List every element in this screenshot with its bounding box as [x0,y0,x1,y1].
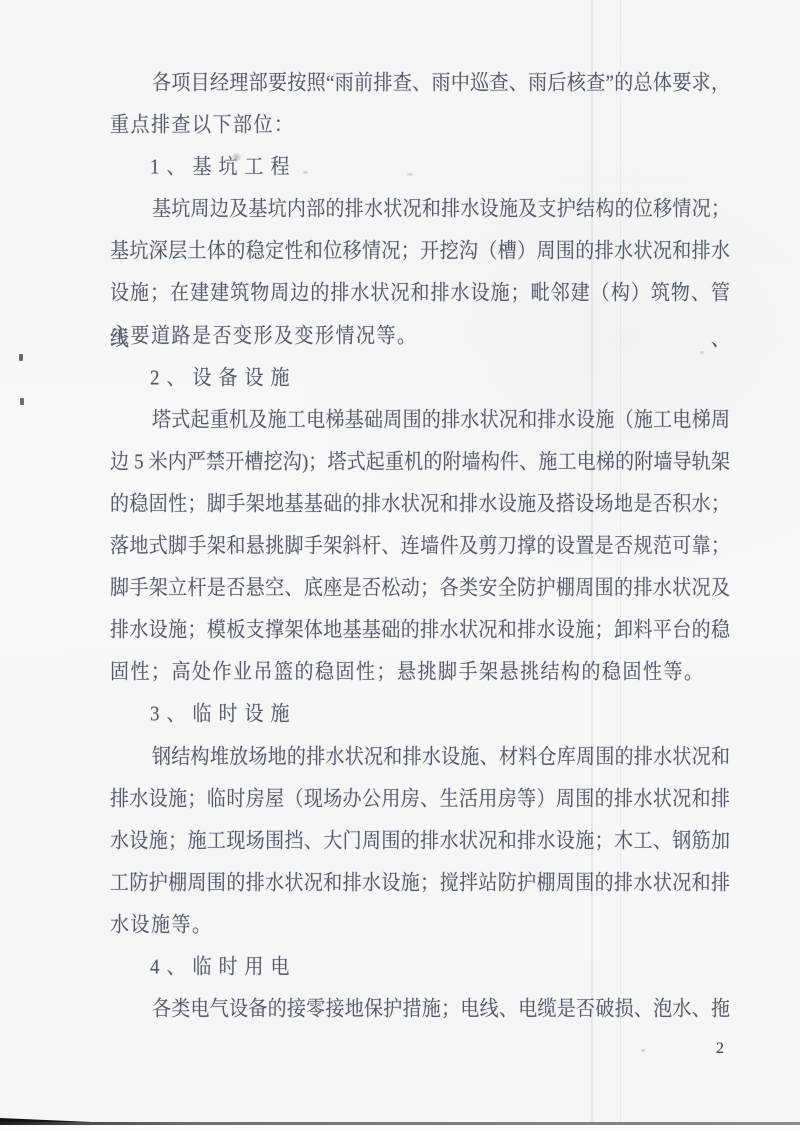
text-line: 各项目经理部要按照“雨前排查、雨中巡查、雨后核查”的总体要求， [110,61,730,107]
text-line: 主要道路是否变形及变形情况等。 [110,313,730,359]
text-line: 2、设备设施 [110,356,730,402]
text-line: 水设施等。 [110,903,730,949]
text-line: 的稳固性；脚手架地基基础的排水状况和排水设施及搭设场地是否积水； [110,482,730,528]
text-line: 3、临时设施 [110,692,730,738]
scanned-document-page: 各项目经理部要按照“雨前排查、雨中巡查、雨后核查”的总体要求，重点排查以下部位：… [0,0,800,1131]
binding-mark [19,354,23,361]
text-line: 落地式脚手架和悬挑脚手架斜杆、连墙件及剪刀撑的设置是否规范可靠； [110,524,730,570]
text-line: 4、临时用电 [110,945,730,991]
text-line: 边 5 米内严禁开槽挖沟)；塔式起重机的附墙构件、施工电梯的附墙导轨架 [110,440,730,486]
text-line: 1、基坑工程 [110,145,730,191]
text-line: 重点排查以下部位： [110,103,730,149]
text-line: 钢结构堆放场地的排水状况和排水设施、材料仓库周围的排水状况和 [110,734,730,780]
text-line: 工防护棚周围的排水状况和排水设施；搅拌站防护棚周围的排水状况和排 [110,861,730,907]
scan-margin [0,1125,800,1131]
page-number: 2 [712,1039,728,1059]
text-line: 塔式起重机及施工电梯基础周围的排水状况和排水设施（施工电梯周 [110,398,730,444]
text-line: 排水设施；模板支撑架体地基基础的排水状况和排水设施；卸料平台的稳 [110,608,730,654]
text-line: 排水设施；临时房屋（现场办公用房、生活用房等）周围的排水状况和排 [110,776,730,822]
dust-speck [641,1049,645,1052]
binding-mark [20,398,24,405]
text-line: 设施；在建建筑物周边的排水状况和排水设施；毗邻建（构）筑物、管线、 [110,271,730,317]
text-line: 脚手架立杆是否悬空、底座是否松动；各类安全防护棚周围的排水状况及 [110,566,730,612]
text-line: 基坑周边及基坑内部的排水状况和排水设施及支护结构的位移情况； [110,187,730,233]
text-line: 固性；高处作业吊篮的稳固性；悬挑脚手架悬挑结构的稳固性等。 [110,650,730,696]
document-body: 各项目经理部要按照“雨前排查、雨中巡查、雨后核查”的总体要求，重点排查以下部位：… [110,63,730,1031]
text-line: 水设施；施工现场围挡、大门周围的排水状况和排水设施；木工、钢筋加 [110,819,730,865]
text-line: 基坑深层土体的稳定性和位移情况；开挖沟（槽）周围的排水状况和排水 [110,229,730,275]
text-line: 各类电气设备的接零接地保护措施；电线、电缆是否破损、泡水、拖 [110,987,730,1033]
